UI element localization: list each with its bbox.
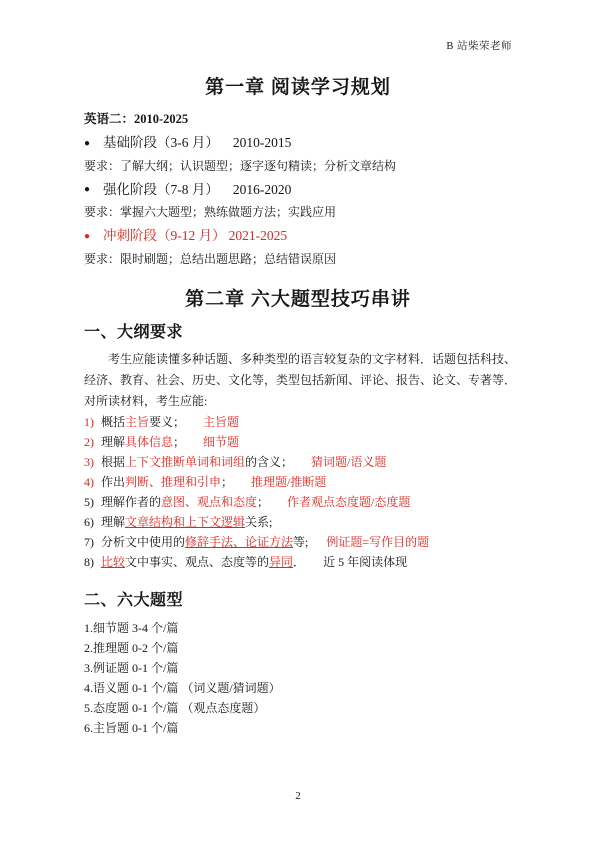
item-keyword: 具体信息 <box>125 435 173 449</box>
section2-heading: 二、六大题型 <box>84 590 512 612</box>
stage-item-basic: ●基础阶段（3-6 月）2010-2015 <box>84 133 512 153</box>
stage-years: 2010-2015 <box>233 135 292 150</box>
item-text: 理解 <box>101 515 125 529</box>
outline-item-6: 6)理解文章结构和上下文逻辑关系; <box>84 512 512 532</box>
stage-years: 2016-2020 <box>233 182 292 197</box>
item-text: 作出 <box>101 475 125 489</box>
stage-item-intensive: ●强化阶段（7-8 月）2016-2020 <box>84 180 512 200</box>
answer-label: 主旨题 <box>203 415 239 429</box>
intro-line: 考生应能读懂多种话题、多种类型的语言较复杂的文字材料．话题包括科技、 <box>84 349 512 370</box>
stage-years: 2021-2025 <box>229 228 288 243</box>
bullet-icon: ● <box>84 184 90 195</box>
page-number: 2 <box>0 790 596 802</box>
answer-label: 作者观点态度题/态度题 <box>287 495 410 509</box>
question-type-item: 3.例证题 0-1 个/篇 <box>84 658 512 678</box>
item-number: 6) <box>84 515 94 529</box>
stage-requirement: 要求：了解大纲；认识题型；逐字逐句精读；分析文章结构 <box>84 158 512 175</box>
stage-requirement: 要求：限时刷题；总结出题思路；总结错误原因 <box>84 251 512 268</box>
stage-name: 强化阶段（7-8 月） <box>103 182 219 197</box>
item-text: 关系; <box>245 515 272 529</box>
item-keyword: 文章结构和上下文逻辑 <box>125 515 245 529</box>
outline-item-5: 5)理解作者的意图、观点和态度；作者观点态度题/态度题 <box>84 492 512 512</box>
item-keyword: 判断、推理和引申 <box>125 475 221 489</box>
item-text: 理解 <box>101 435 125 449</box>
item-number: 4) <box>84 475 94 489</box>
item-number: 3) <box>84 455 94 469</box>
item-text: 分析文中使用的 <box>101 535 185 549</box>
outline-item-3: 3)根据上下文推断单词和词组的含义；猜词题/语义题 <box>84 452 512 472</box>
question-type-item: 5.态度题 0-1 个/篇 （观点态度题） <box>84 698 512 718</box>
outline-item-4: 4)作出判断、推理和引申；推理题/推断题 <box>84 472 512 492</box>
answer-label: 细节题 <box>203 435 239 449</box>
item-number: 5) <box>84 495 94 509</box>
item-text: ． <box>293 555 305 569</box>
item-text: 的含义； <box>245 455 293 469</box>
question-type-item: 4.语义题 0-1 个/篇 （词义题/猜词题） <box>84 678 512 698</box>
stage-requirement: 要求：掌握六大题型；熟练做题方法；实践应用 <box>84 204 512 221</box>
chapter2-title: 第二章 六大题型技巧串讲 <box>84 286 512 313</box>
answer-label: 推理题/推断题 <box>251 475 326 489</box>
item-text: ； <box>173 435 185 449</box>
item-text: ； <box>257 495 269 509</box>
item-number: 2) <box>84 435 94 449</box>
answer-label: 例证题=写作目的题 <box>326 535 429 549</box>
outline-item-1: 1)概括主旨要义；主旨题 <box>84 412 512 432</box>
item-text: 根据 <box>101 455 125 469</box>
item-text: ； <box>221 475 233 489</box>
answer-label: 猜词题/语义题 <box>311 455 386 469</box>
question-type-item: 1.细节题 3-4 个/篇 <box>84 618 512 638</box>
outline-item-2: 2)理解具体信息；细节题 <box>84 432 512 452</box>
stage-item-sprint: ●冲刺阶段（9-12 月）2021-2025 <box>84 226 512 246</box>
question-type-item: 6.主旨题 0-1 个/篇 <box>84 718 512 738</box>
item-number: 1) <box>84 415 94 429</box>
stage-name: 冲刺阶段（9-12 月） <box>103 228 226 243</box>
item-text: 要义； <box>149 415 185 429</box>
item-keyword: 修辞手法、论证方法 <box>185 535 293 549</box>
item-number: 8) <box>84 555 94 569</box>
section1-heading: 一、大纲要求 <box>84 322 512 344</box>
header-author: B 站柴荣老师 <box>84 40 512 54</box>
bullet-icon: ● <box>84 231 90 242</box>
question-type-list: 1.细节题 3-4 个/篇 2.推理题 0-2 个/篇 3.例证题 0-1 个/… <box>84 618 512 738</box>
item-keyword: 比较 <box>101 555 125 569</box>
question-type-item: 2.推理题 0-2 个/篇 <box>84 638 512 658</box>
chapter1-subtitle: 英语二：2010-2025 <box>84 111 512 128</box>
chapter1-title: 第一章 阅读学习规划 <box>84 74 512 101</box>
item-text: 理解作者的 <box>101 495 161 509</box>
item-keyword: 异同 <box>269 555 293 569</box>
answer-label: 近 5 年阅读体现 <box>323 555 407 569</box>
document-page: B 站柴荣老师 第一章 阅读学习规划 英语二：2010-2025 ●基础阶段（3… <box>0 0 596 842</box>
page-content: B 站柴荣老师 第一章 阅读学习规划 英语二：2010-2025 ●基础阶段（3… <box>0 0 596 738</box>
item-text: 文中事实、观点、态度等的 <box>125 555 269 569</box>
syllabus-intro-paragraph: 考生应能读懂多种话题、多种类型的语言较复杂的文字材料．话题包括科技、 经济、教育… <box>84 349 512 412</box>
stage-name: 基础阶段（3-6 月） <box>103 135 219 150</box>
item-number: 7) <box>84 535 94 549</box>
bullet-icon: ● <box>84 138 90 149</box>
item-text: 概括 <box>101 415 125 429</box>
outline-item-7: 7)分析文中使用的修辞手法、论证方法等;例证题=写作目的题 <box>84 532 512 552</box>
item-keyword: 上下文推断单词和词组 <box>125 455 245 469</box>
intro-line: 对所读材料，考生应能: <box>84 391 512 412</box>
item-text: 等; <box>293 535 308 549</box>
intro-line: 经济、教育、社会、历史、文化等，类型包括新闻、评论、报告、论文、专著等． <box>84 370 512 391</box>
item-keyword: 意图、观点和态度 <box>161 495 257 509</box>
outline-item-8: 8)比较文中事实、观点、态度等的异同．近 5 年阅读体现 <box>84 552 512 572</box>
item-keyword: 主旨 <box>125 415 149 429</box>
